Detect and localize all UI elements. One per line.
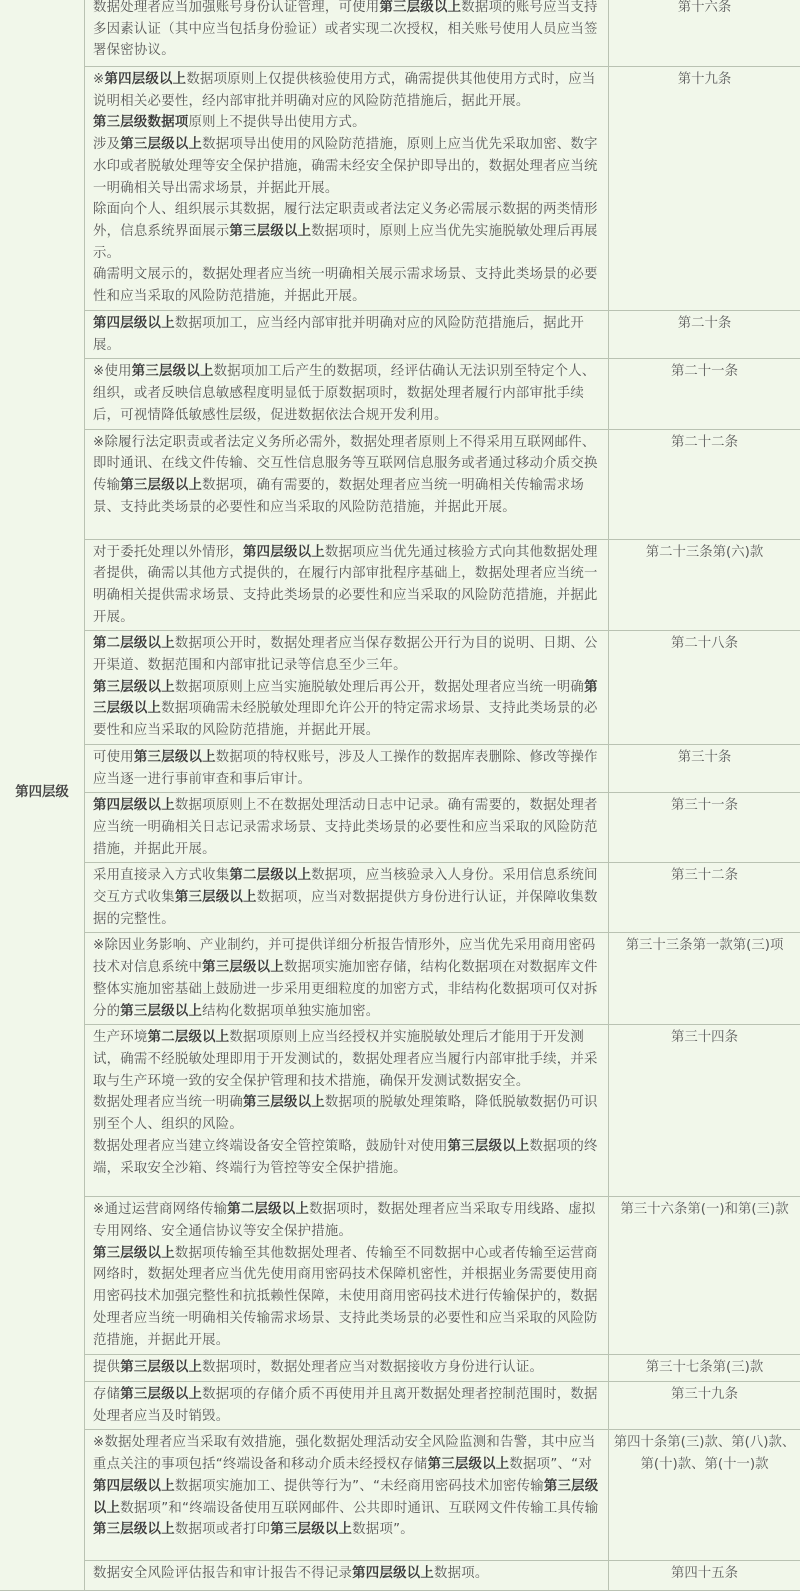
- article-reference: 第三十二条: [609, 863, 800, 933]
- requirement-text: 原则上不提供导出使用方式。: [188, 115, 365, 130]
- table-row: 采用直接录入方式收集第二层级以上数据项，应当核验录入人身份。采用信息系统间交互方…: [0, 863, 800, 933]
- article-reference: 第三十七条第(三)款: [609, 1355, 800, 1382]
- level-emphasis: 第三层级以上: [93, 1522, 175, 1537]
- level-emphasis: 第三层级以上: [120, 137, 202, 152]
- requirement-text: 数据处理者应当加强账号身份认证管理，可使用: [93, 0, 379, 15]
- requirement-paragraph: 第三层级以上数据项原则上应当实施脱敏处理后再公开，数据处理者应当统一明确第三层级…: [93, 677, 602, 742]
- requirement-cell: ※通过运营商网络传输第二层级以上数据项时，数据处理者应当采取专用线路、虚拟专用网…: [85, 1197, 609, 1355]
- requirement-paragraph: 第四层级以上数据项加工，应当经内部审批并明确对应的风险防范措施后，据此开展。: [93, 313, 602, 356]
- requirement-text: 数据项”。: [352, 1522, 414, 1537]
- requirement-text: 涉及: [93, 137, 120, 152]
- table-row: ※使用第三层级以上数据项加工后产生的数据项，经评估确认无法识别至特定个人、组织，…: [0, 359, 800, 429]
- requirement-paragraph: 除面向个人、组织展示其数据，履行法定职责或者法定义务必需展示数据的两类情形外，信…: [93, 199, 602, 264]
- table-row: 可使用第三层级以上数据项的特权账号，涉及人工操作的数据库表删除、修改等操作应当逐…: [0, 744, 800, 792]
- requirement-text: ※使用: [93, 364, 132, 379]
- level-emphasis: 第三层级以上: [120, 1360, 202, 1375]
- requirement-text: 数据项原则上应当实施脱敏处理后再公开，数据处理者应当统一明确: [175, 680, 584, 695]
- requirement-paragraph: 第二层级以上数据项公开时，数据处理者应当保存数据公开行为目的说明、日期、公开渠道…: [93, 633, 602, 676]
- requirement-text: 生产环境: [93, 1030, 148, 1045]
- requirement-cell: 采用直接录入方式收集第二层级以上数据项，应当核验录入人身份。采用信息系统间交互方…: [85, 863, 609, 933]
- requirement-paragraph: 第三层级数据项原则上不提供导出使用方式。: [93, 112, 602, 134]
- article-reference: 第三十六条第(一)和第(三)款: [609, 1197, 800, 1355]
- article-reference: 第三十条: [609, 744, 800, 792]
- level-label: 第四层级: [0, 0, 85, 1538]
- requirement-text: 数据处理者应当建立终端设备安全管控策略，鼓励针对使用: [93, 1139, 448, 1154]
- level-emphasis: 第四层级以上: [93, 798, 175, 813]
- requirement-cell: 提供第三层级以上数据项时，数据处理者应当对数据接收方身份进行认证。: [85, 1355, 609, 1382]
- level-emphasis: 第三层级以上: [270, 1522, 352, 1537]
- requirement-paragraph: 生产环境第二层级以上数据项原则上应当经授权并实施脱敏处理后才能用于开发测试，确需…: [93, 1027, 602, 1092]
- requirement-paragraph: ※除因业务影响、产业制约，并可提供详细分析报告情形外，应当优先采用商用密码技术对…: [93, 935, 602, 1022]
- requirement-text: ※通过运营商网络传输: [93, 1202, 227, 1217]
- level-emphasis: 第三层级以上: [243, 1095, 325, 1110]
- requirement-cell: 存储第三层级以上数据项的存储介质不再使用并且离开数据处理者控制范围时，数据处理者…: [85, 1381, 609, 1429]
- level-emphasis: 第三层级以上: [132, 364, 214, 379]
- level-emphasis: 第三层级以上: [229, 224, 311, 239]
- requirement-paragraph: 数据处理者应当加强账号身份认证管理，可使用第三层级以上数据项的账号应当支持多因素…: [93, 0, 602, 62]
- requirement-cell: 第四层级以上数据项加工，应当经内部审批并明确对应的风险防范措施后，据此开展。: [85, 311, 609, 359]
- requirement-cell: ※第四层级以上数据项原则上仅提供核验使用方式，确需提供其他使用方式时，应当说明相…: [85, 67, 609, 311]
- requirement-paragraph: ※使用第三层级以上数据项加工后产生的数据项，经评估确认无法识别至特定个人、组织，…: [93, 361, 602, 426]
- table-row: 第四层级数据处理者应当加强账号身份认证管理，可使用第三层级以上数据项的账号应当支…: [0, 0, 800, 67]
- article-reference: 第三十一条: [609, 793, 800, 863]
- level-emphasis: 第三层级以上: [120, 478, 202, 493]
- article-reference: 第二十一条: [609, 359, 800, 429]
- article-reference: 第三十四条: [609, 1025, 800, 1197]
- requirement-text: 数据项时，数据处理者应当对数据接收方身份进行认证。: [202, 1360, 543, 1375]
- level-emphasis: 第四层级以上: [93, 1479, 175, 1494]
- requirement-cell: ※除履行法定职责或者法定义务所必需外，数据处理者原则上不得采用互联网邮件、即时通…: [85, 429, 609, 539]
- article-reference: 第四十条第(三)款、第(八)款、第(十)款、第(十一)款: [609, 1430, 800, 1538]
- article-reference: 第二十三条第(六)款: [609, 539, 800, 631]
- table-row: ※除因业务影响、产业制约，并可提供详细分析报告情形外，应当优先采用商用密码技术对…: [0, 933, 800, 1025]
- level-emphasis: 第二层级以上: [229, 868, 311, 883]
- requirement-cell: 数据处理者应当加强账号身份认证管理，可使用第三层级以上数据项的账号应当支持多因素…: [85, 0, 609, 67]
- requirement-paragraph: 第四层级以上数据项原则上不在数据处理活动日志中记录。确有需要的，数据处理者应当统…: [93, 795, 602, 860]
- requirement-paragraph: 采用直接录入方式收集第二层级以上数据项，应当核验录入人身份。采用信息系统间交互方…: [93, 865, 602, 930]
- table-row: ※除履行法定职责或者法定义务所必需外，数据处理者原则上不得采用互联网邮件、即时通…: [0, 429, 800, 539]
- requirement-text: 对于委托处理以外情形，: [93, 545, 243, 560]
- requirement-text: 存储: [93, 1387, 120, 1402]
- table-body: 第四层级数据处理者应当加强账号身份认证管理，可使用第三层级以上数据项的账号应当支…: [0, 0, 800, 1538]
- level-emphasis: 第三层级以上: [448, 1139, 530, 1154]
- table-row: ※数据处理者应当采取有效措施，强化数据处理活动安全风险监测和告警，其中应当重点关…: [0, 1430, 800, 1538]
- requirement-cell: 生产环境第二层级以上数据项原则上应当经授权并实施脱敏处理后才能用于开发测试，确需…: [85, 1025, 609, 1197]
- level-emphasis: 第三层级以上: [134, 750, 216, 765]
- table-row: ※通过运营商网络传输第二层级以上数据项时，数据处理者应当采取专用线路、虚拟专用网…: [0, 1197, 800, 1355]
- requirement-text: 提供: [93, 1360, 120, 1375]
- requirement-cell: ※数据处理者应当采取有效措施，强化数据处理活动安全风险监测和告警，其中应当重点关…: [85, 1430, 609, 1538]
- article-reference: 第三十三条第一款第(三)项: [609, 933, 800, 1025]
- requirement-paragraph: 第三层级以上数据项传输至其他数据处理者、传输至不同数据中心或者传输至运营商网络时…: [93, 1243, 602, 1352]
- requirement-text: 可使用: [93, 750, 134, 765]
- article-reference: 第十六条: [609, 0, 800, 67]
- requirement-text: 采用直接录入方式收集: [93, 868, 229, 883]
- requirement-paragraph: 可使用第三层级以上数据项的特权账号，涉及人工操作的数据库表删除、修改等操作应当逐…: [93, 747, 602, 790]
- level-emphasis: 第三层级数据项: [93, 115, 188, 130]
- requirement-paragraph: ※通过运营商网络传输第二层级以上数据项时，数据处理者应当采取专用线路、虚拟专用网…: [93, 1199, 602, 1242]
- requirement-paragraph: 数据处理者应当建立终端设备安全管控策略，鼓励针对使用第三层级以上数据项的终端，采…: [93, 1136, 602, 1179]
- table-row: 生产环境第二层级以上数据项原则上应当经授权并实施脱敏处理后才能用于开发测试，确需…: [0, 1025, 800, 1197]
- requirement-text: 数据项实施加工、提供等行为”、“未经商用密码技术加密传输: [175, 1479, 544, 1494]
- level-emphasis: 第三层级以上: [428, 1457, 510, 1472]
- table-row: 存储第三层级以上数据项的存储介质不再使用并且离开数据处理者控制范围时，数据处理者…: [0, 1381, 800, 1429]
- requirement-paragraph: ※第四层级以上数据项原则上仅提供核验使用方式，确需提供其他使用方式时，应当说明相…: [93, 69, 602, 112]
- table-row: 第四层级以上数据项加工，应当经内部审批并明确对应的风险防范措施后，据此开展。第二…: [0, 311, 800, 359]
- requirement-text: 数据项”和“终端设备使用互联网邮件、公共即时通讯、互联网文件传输工具传输: [120, 1501, 598, 1516]
- requirement-paragraph: ※除履行法定职责或者法定义务所必需外，数据处理者原则上不得采用互联网邮件、即时通…: [93, 432, 602, 519]
- requirement-paragraph: 提供第三层级以上数据项时，数据处理者应当对数据接收方身份进行认证。: [93, 1357, 602, 1379]
- level-emphasis: 第二层级以上: [227, 1202, 309, 1217]
- table-row: 提供第三层级以上数据项时，数据处理者应当对数据接收方身份进行认证。第三十七条第(…: [0, 1355, 800, 1382]
- requirement-text: ※: [93, 72, 104, 87]
- level-emphasis: 第三层级以上: [120, 1004, 202, 1019]
- requirement-paragraph: 涉及第三层级以上数据项导出使用的风险防范措施，原则上应当优先采取加密、数字水印或…: [93, 134, 602, 199]
- requirement-text: 结构化数据项单独实施加密。: [202, 1004, 379, 1019]
- requirement-text: 数据项确需未经脱敏处理即允许公开的特定需求场景、支持此类场景的必要性和应当采取的…: [93, 701, 598, 738]
- level-emphasis: 第三层级以上: [120, 1387, 202, 1402]
- requirement-cell: 第二层级以上数据项公开时，数据处理者应当保存数据公开行为目的说明、日期、公开渠道…: [85, 631, 609, 745]
- requirement-cell: 对于委托处理以外情形，第四层级以上数据项应当优先通过核验方式向其他数据处理者提供…: [85, 539, 609, 631]
- level-emphasis: 第三层级以上: [93, 680, 175, 695]
- requirement-text: 数据项或者打印: [175, 1522, 270, 1537]
- article-reference: 第十九条: [609, 67, 800, 311]
- requirement-paragraph: ※数据处理者应当采取有效措施，强化数据处理活动安全风险监测和告警，其中应当重点关…: [93, 1432, 602, 1538]
- article-reference: 第二十二条: [609, 429, 800, 539]
- level-emphasis: 第四层级以上: [104, 72, 186, 87]
- requirement-paragraph: 数据处理者应当统一明确第三层级以上数据项的脱敏处理策略，降低脱敏数据仍可识别至个…: [93, 1092, 602, 1135]
- level-emphasis: 第三层级以上: [175, 890, 257, 905]
- requirement-cell: 可使用第三层级以上数据项的特权账号，涉及人工操作的数据库表删除、修改等操作应当逐…: [85, 744, 609, 792]
- requirement-paragraph: 存储第三层级以上数据项的存储介质不再使用并且离开数据处理者控制范围时，数据处理者…: [93, 1384, 602, 1427]
- level-emphasis: 第三层级以上: [379, 0, 461, 15]
- requirement-paragraph: 对于委托处理以外情形，第四层级以上数据项应当优先通过核验方式向其他数据处理者提供…: [93, 542, 602, 629]
- table-row: 第二层级以上数据项公开时，数据处理者应当保存数据公开行为目的说明、日期、公开渠道…: [0, 631, 800, 745]
- level-emphasis: 第三层级以上: [202, 960, 284, 975]
- requirement-cell: ※除因业务影响、产业制约，并可提供详细分析报告情形外，应当优先采用商用密码技术对…: [85, 933, 609, 1025]
- requirement-text: 数据项”、“对: [509, 1457, 592, 1472]
- article-reference: 第二十八条: [609, 631, 800, 745]
- requirement-paragraph: 确需明文展示的，数据处理者应当统一明确相关展示需求场景、支持此类场景的必要性和应…: [93, 264, 602, 307]
- table-row: ※第四层级以上数据项原则上仅提供核验使用方式，确需提供其他使用方式时，应当说明相…: [0, 67, 800, 311]
- article-reference: 第二十条: [609, 311, 800, 359]
- requirement-cell: ※使用第三层级以上数据项加工后产生的数据项，经评估确认无法识别至特定个人、组织，…: [85, 359, 609, 429]
- level-emphasis: 第三层级以上: [93, 1246, 175, 1261]
- level-emphasis: 第二层级以上: [93, 636, 175, 651]
- requirement-text: 数据处理者应当统一明确: [93, 1095, 243, 1110]
- table-row: 第四层级以上数据项原则上不在数据处理活动日志中记录。确有需要的，数据处理者应当统…: [0, 793, 800, 863]
- requirement-cell: 第四层级以上数据项原则上不在数据处理活动日志中记录。确有需要的，数据处理者应当统…: [85, 793, 609, 863]
- level-emphasis: 第二层级以上: [148, 1030, 230, 1045]
- data-security-requirements-table: 第四层级数据处理者应当加强账号身份认证管理，可使用第三层级以上数据项的账号应当支…: [0, 0, 800, 1538]
- table-row: 对于委托处理以外情形，第四层级以上数据项应当优先通过核验方式向其他数据处理者提供…: [0, 539, 800, 631]
- level-emphasis: 第四层级以上: [243, 545, 325, 560]
- level-emphasis: 第四层级以上: [93, 316, 175, 331]
- article-reference: 第三十九条: [609, 1381, 800, 1429]
- requirement-text: 确需明文展示的，数据处理者应当统一明确相关展示需求场景、支持此类场景的必要性和应…: [93, 267, 598, 304]
